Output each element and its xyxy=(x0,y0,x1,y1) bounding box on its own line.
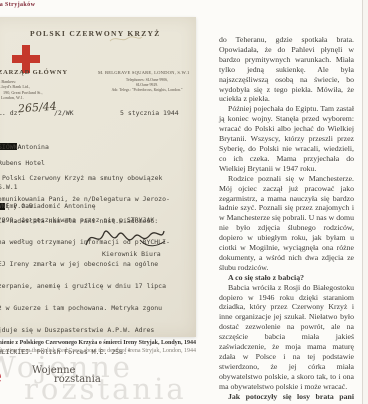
logo-accent-letter: e xyxy=(0,362,2,390)
interview-question: Jak potoczyły się losy brata pani mamy, … xyxy=(219,392,354,404)
book-page-scan: na Stryjaków POLSKI CZERWONY KRZYŻ ZARZĄ… xyxy=(0,0,368,404)
quote-line: znajduje się w Duszpasterstwie A.P.W. Ad… xyxy=(0,327,198,334)
running-header: na Stryjaków xyxy=(0,2,35,8)
letter-date: 5 stycznia 1944 xyxy=(120,109,179,117)
article-paragraph: Później pojechała do Egiptu. Tam zastał … xyxy=(219,104,354,173)
bankers-block: B-k Bankers: Lloyd's Bank Ltd., 190, Gre… xyxy=(0,79,43,100)
handwritten-signature xyxy=(82,223,167,251)
caption-polish: iadomienie z Polskiego Czerwonego Krzyża… xyxy=(0,339,196,347)
logo-title-word2: rozstania xyxy=(54,374,101,385)
quote-line: CKIEJ Ireny zmarła w jej obecności na og… xyxy=(0,261,198,268)
quote-line: wyczerpanie, anemię i gruźlicę w dniu 17… xyxy=(0,283,198,290)
article-paragraph: Babcia wróciła z Rosji do Białegostoku d… xyxy=(219,283,354,392)
article-paragraph: do Teheranu, gdzie spotkała brata. Opowi… xyxy=(219,35,354,104)
series-logo: Wojenne rozstania e Wojenne rozstania xyxy=(0,352,156,404)
logo-watermark-word2: rozstania xyxy=(24,372,187,404)
body-line: Polski Czerwony Krzyż ma smutny obowiąze… xyxy=(0,175,198,182)
org-address: M. BELGRAVE SQUARE, LONDON, S.W.1 xyxy=(98,70,193,75)
interview-question: A co się stało z babcią? xyxy=(219,273,354,283)
org-name: ZARZĄD GŁÓWNY xyxy=(0,69,68,76)
red-cross-letter-scan: POLSKI CZERWONY KRZYŻ ZARZĄD GŁÓWNY M. B… xyxy=(0,17,196,337)
contact-line: Adr. Telegr.: "Polredcross, Knights, Lon… xyxy=(102,88,192,93)
page-edge-line xyxy=(362,0,363,404)
reference-number-handwritten: 265/44 xyxy=(18,100,58,116)
signer-role: Kierownik Biura xyxy=(102,250,161,258)
quote-line: 1942 w Guzerze i tam pochowana. Metryka … xyxy=(0,305,198,312)
article-paragraph: Rodzice poznali się w Manchesterze. Mój … xyxy=(219,174,354,273)
contact-block: Telephones: SLOane 9906, SLOane 9929. Ad… xyxy=(102,78,192,93)
bankers-line: London, W.1. xyxy=(1,95,43,100)
article-column: do Teheranu, gdzie spotkała brata. Opowi… xyxy=(219,35,354,404)
page-edge xyxy=(363,0,368,404)
pencil-mark xyxy=(108,33,144,45)
reference-suffix: /2/WK xyxy=(54,109,74,117)
